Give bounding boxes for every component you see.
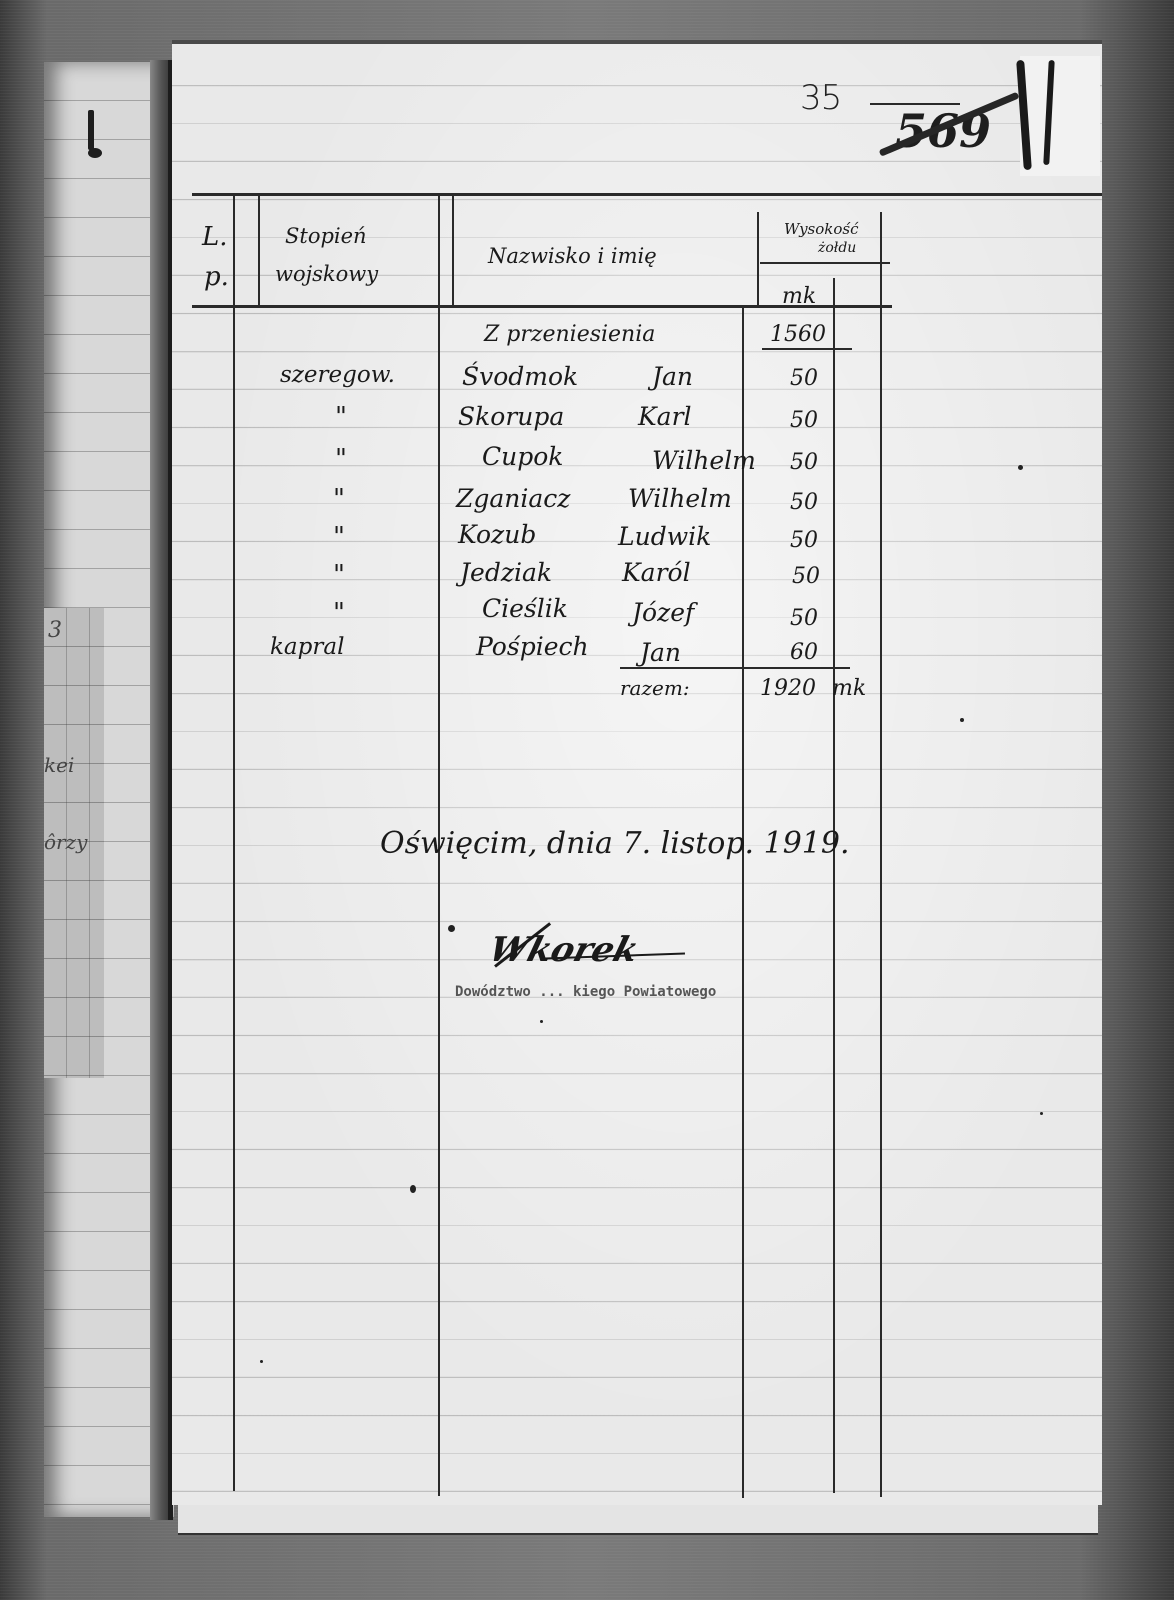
row-amount: 50: [790, 490, 818, 515]
column-divider-header-lp: [258, 196, 260, 308]
row-rank: kapral: [270, 634, 344, 660]
column-divider-pay: [880, 212, 882, 1497]
header-rank-line2: wojskowy: [275, 262, 378, 286]
ink-speck: [448, 925, 455, 932]
place-date-line: Oświęcim, dnia 7. listop. 1919.: [380, 826, 850, 861]
row-amount: 50: [790, 450, 818, 475]
row-rank: szeregow.: [280, 362, 395, 388]
row-surname: Śvodmok: [462, 362, 578, 391]
ink-speck: [1040, 1112, 1043, 1115]
ink-speck: [410, 1185, 416, 1193]
row-amount: 50: [790, 366, 818, 391]
table-top-border: [192, 193, 1102, 196]
column-divider-header-name: [757, 212, 759, 308]
column-divider-mk: [833, 278, 835, 1493]
row-amount: 60: [790, 640, 818, 665]
pay-header-divider: [760, 262, 890, 264]
torn-tab: [1020, 56, 1100, 176]
page-bottom-strip: [178, 1505, 1098, 1535]
carryover-amount: 1560: [770, 322, 826, 347]
total-amount: 1920: [760, 676, 816, 701]
column-divider-lp: [233, 196, 235, 1491]
row-rank-ditto: ": [333, 560, 345, 590]
row-given-name: Karl: [638, 402, 692, 431]
row-rank-ditto: ": [333, 522, 345, 552]
column-divider-name: [742, 308, 744, 1498]
left-fragment-text: ôrzy: [44, 830, 87, 854]
header-pay-line1: Wysokość: [784, 220, 859, 238]
left-fragment-text: kei: [44, 753, 74, 777]
official-stamp: Dowództwo ... kiego Powiatowego: [455, 984, 716, 1000]
row-amount: 50: [790, 606, 818, 631]
header-lp-line1: L.: [202, 222, 228, 252]
row-amount: 50: [790, 528, 818, 553]
total-currency: mk: [832, 676, 866, 701]
sum-line: [620, 667, 850, 669]
header-pay-line2: żołdu: [818, 240, 856, 256]
row-given-name: Karól: [622, 558, 691, 587]
row-surname: Pośpiech: [476, 632, 589, 661]
row-rank-ditto: ": [335, 444, 347, 474]
row-given-name: Wilhelm: [652, 446, 756, 475]
row-surname: Cieślik: [482, 594, 568, 623]
page-top-edge: [172, 40, 1102, 44]
row-surname: Skorupa: [458, 402, 564, 431]
carryover-label: Z przeniesienia: [484, 322, 655, 347]
row-rank-ditto: ": [333, 484, 345, 514]
row-surname: Kozub: [458, 520, 536, 549]
ink-mark: [88, 110, 94, 150]
ink-speck: [1018, 465, 1023, 470]
row-given-name: Jan: [652, 362, 693, 391]
archive-page-number-small: 35: [800, 78, 841, 118]
column-divider-header-rank: [452, 196, 454, 308]
row-amount: 50: [790, 408, 818, 433]
left-grid-insert: 3 kei ôrzy: [44, 608, 104, 1078]
header-currency: mk: [782, 284, 816, 309]
ink-speck: [960, 718, 964, 722]
carryover-underline: [762, 348, 852, 350]
header-name: Nazwisko i imię: [488, 244, 657, 268]
row-rank-ditto: ": [335, 402, 347, 432]
header-rank-line1: Stopień: [285, 224, 367, 248]
header-lp-line2: p.: [204, 262, 229, 292]
row-surname: Cupok: [482, 442, 563, 471]
row-surname: Jedziak: [460, 558, 552, 587]
row-rank-ditto: ": [333, 598, 345, 628]
left-fragment-text: 3: [48, 618, 62, 643]
row-given-name: Wilhelm: [628, 484, 732, 513]
total-label: razem:: [620, 676, 690, 700]
row-given-name: Jan: [640, 638, 681, 667]
signature: Wkorek: [485, 930, 643, 970]
row-given-name: Ludwik: [618, 522, 711, 551]
row-surname: Zganiacz: [456, 484, 570, 513]
row-given-name: Józef: [632, 598, 694, 627]
row-amount: 50: [792, 564, 820, 589]
ink-speck: [540, 1020, 543, 1023]
ink-speck: [260, 1360, 263, 1363]
